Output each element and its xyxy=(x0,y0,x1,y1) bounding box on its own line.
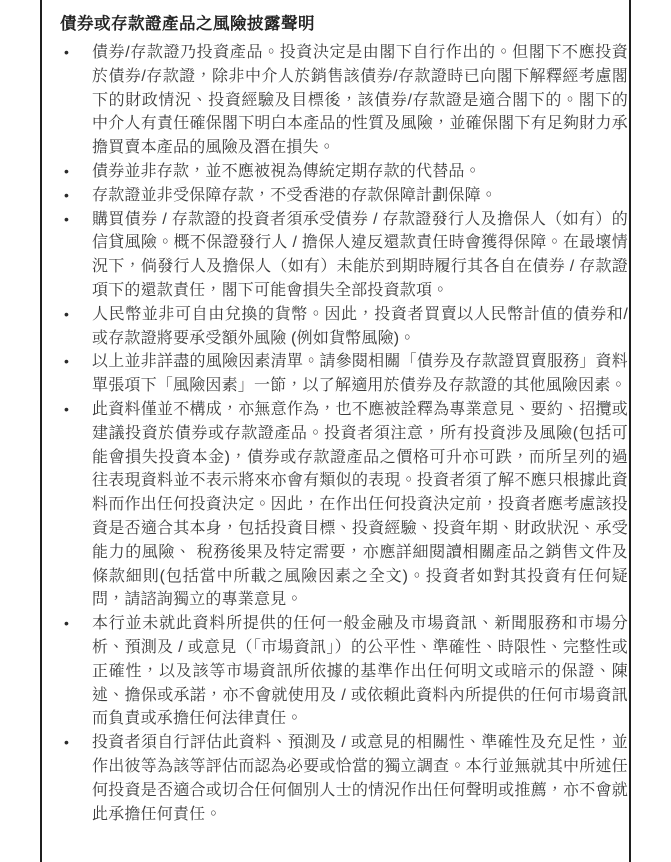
bullet-icon: • xyxy=(60,398,92,422)
list-item: • 人民幣並非可自由兌換的貨幣。因此，投資者買賣以人民幣計值的債券和/或存款證將… xyxy=(60,303,628,351)
list-item: • 投資者須自行評估此資料、預測及 / 或意見的相關性、準確性及充足性，並作出彼… xyxy=(60,731,628,826)
list-item: • 存款證並非受保障存款，不受香港的存款保障計劃保障。 xyxy=(60,184,628,208)
list-item-text: 投資者須自行評估此資料、預測及 / 或意見的相關性、準確性及充足性，並作出彼等為… xyxy=(92,731,628,826)
list-item: • 本行並未就此資料所提供的任何一般金融及市場資訊、新聞服務和市場分析、預測及 … xyxy=(60,612,628,731)
list-item-text: 存款證並非受保障存款，不受香港的存款保障計劃保障。 xyxy=(92,184,628,208)
bullet-icon: • xyxy=(60,208,92,232)
bullet-icon: • xyxy=(60,184,92,208)
list-item-text: 債券/存款證乃投資產品。投資決定是由閣下自行作出的。但閣下不應投資於債券/存款證… xyxy=(92,41,628,160)
bullet-icon: • xyxy=(60,303,92,327)
list-item-text: 本行並未就此資料所提供的任何一般金融及市場資訊、新聞服務和市場分析、預測及 / … xyxy=(92,612,628,731)
list-item-text: 債券並非存款，並不應被視為傳統定期存款的代替品。 xyxy=(92,160,628,184)
right-vertical-rule xyxy=(629,0,631,862)
list-item: • 以上並非詳盡的風險因素清單。請參閱相關「債券及存款證買賣服務」資料單張項下「… xyxy=(60,350,628,398)
bullet-icon: • xyxy=(60,41,92,65)
list-item: • 債券/存款證乃投資產品。投資決定是由閣下自行作出的。但閣下不應投資於債券/存… xyxy=(60,41,628,160)
risk-disclosure-document: 債券或存款證產品之風險披露聲明 • 債券/存款證乃投資產品。投資決定是由閣下自行… xyxy=(0,0,671,862)
bullet-icon: • xyxy=(60,731,92,755)
bullet-icon: • xyxy=(60,160,92,184)
list-item-text: 購買債券 / 存款證的投資者須承受債券 / 存款證發行人及擔保人（如有）的信貸風… xyxy=(92,208,628,303)
risk-statement-list: • 債券/存款證乃投資產品。投資決定是由閣下自行作出的。但閣下不應投資於債券/存… xyxy=(60,41,628,826)
list-item-text: 人民幣並非可自由兌換的貨幣。因此，投資者買賣以人民幣計值的債券和/或存款證將要承… xyxy=(92,303,628,351)
list-item-text: 此資料僅並不構成，亦無意作為，也不應被詮釋為專業意見、要約、招攬或建議投資於債券… xyxy=(92,398,628,612)
list-item: • 此資料僅並不構成，亦無意作為，也不應被詮釋為專業意見、要約、招攬或建議投資於… xyxy=(60,398,628,612)
list-item: • 購買債券 / 存款證的投資者須承受債券 / 存款證發行人及擔保人（如有）的信… xyxy=(60,208,628,303)
document-title: 債券或存款證產品之風險披露聲明 xyxy=(60,12,628,36)
document-content: 債券或存款證產品之風險披露聲明 • 債券/存款證乃投資產品。投資決定是由閣下自行… xyxy=(60,12,628,826)
left-vertical-rule xyxy=(40,0,42,862)
bullet-icon: • xyxy=(60,350,92,374)
list-item: • 債券並非存款，並不應被視為傳統定期存款的代替品。 xyxy=(60,160,628,184)
bullet-icon: • xyxy=(60,612,92,636)
list-item-text: 以上並非詳盡的風險因素清單。請參閱相關「債券及存款證買賣服務」資料單張項下「風險… xyxy=(92,350,628,398)
